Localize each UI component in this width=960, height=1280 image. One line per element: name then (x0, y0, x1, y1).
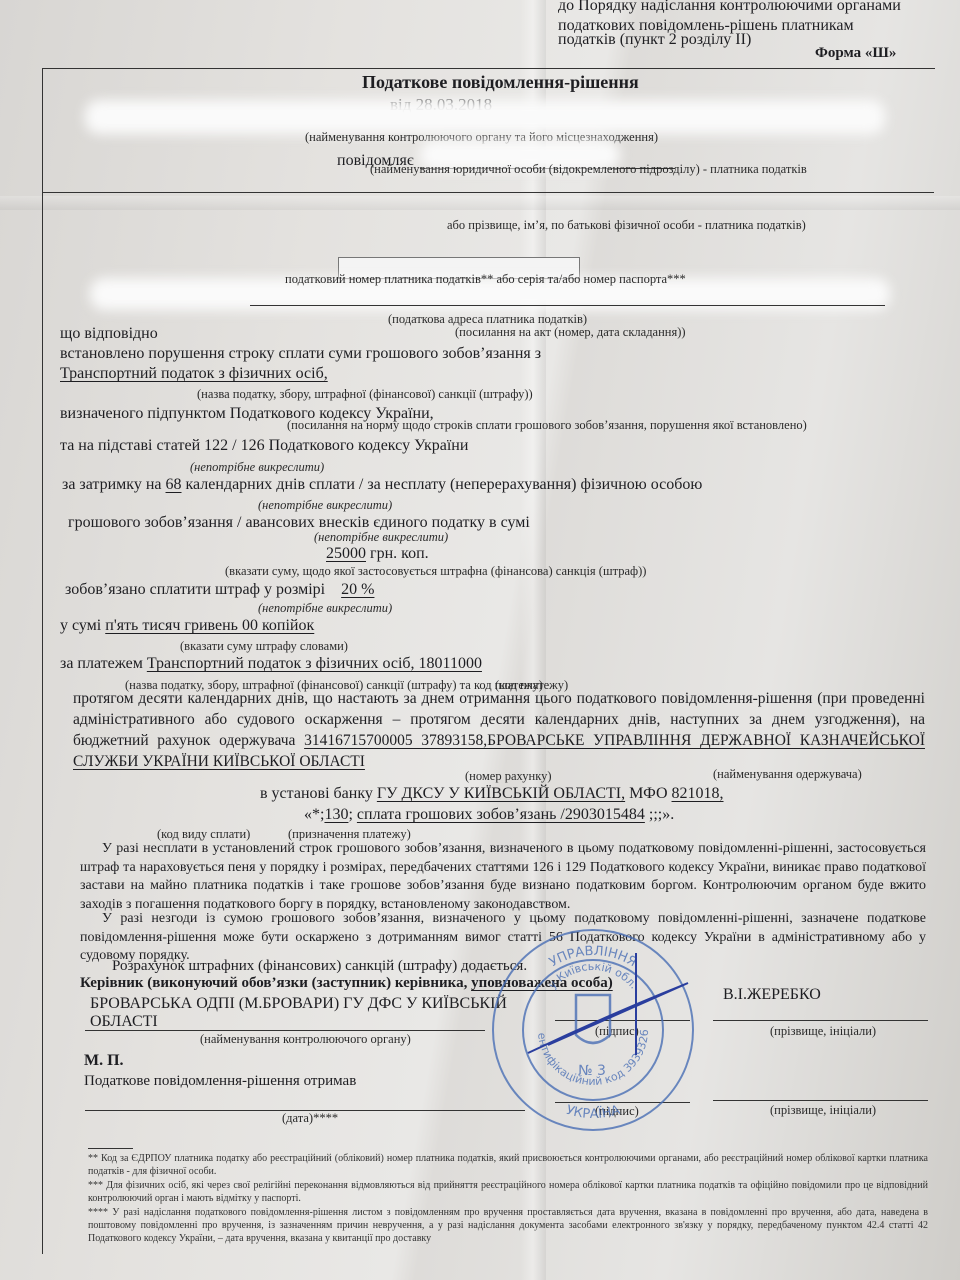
purpose-close: ;;;». (649, 806, 674, 823)
caption-sum-words: (вказати суму штрафу словами) (180, 639, 348, 654)
caption-act-ref: (посилання на акт (номер, дата складання… (455, 325, 686, 340)
amount-line: 25000 грн. коп. (326, 545, 429, 563)
payment-name: Транспортний податок з фізичних осіб, 18… (147, 655, 482, 672)
footnote-2: *** Для фізичних осіб, які через свої ре… (88, 1179, 928, 1205)
header-note-line-1: до Порядку надіслання контролюючими орга… (558, 0, 901, 16)
caption-tax-number: податковий номер платника податків** або… (285, 272, 686, 287)
signer-name: В.І.ЖЕРЕБКО (723, 986, 821, 1004)
delay-line: за затримку на 68 календарних днів сплат… (62, 476, 702, 494)
surname-line-2 (713, 1100, 928, 1101)
caption-individual: або прізвище, ім’я, по батькові фізичної… (447, 218, 806, 233)
footnote-rule (88, 1148, 133, 1149)
mfo-label: МФО (629, 785, 667, 802)
caption-surname-2: (прізвище, ініціали) (770, 1103, 876, 1118)
deadline-paragraph: протягом десяти календарних днів, що нас… (73, 688, 925, 772)
articles-line: та на підставі статей 122 / 126 Податков… (60, 437, 468, 455)
head-label-text: Керівник (виконуючий обов’язки (заступни… (80, 975, 467, 991)
control-body-name-2: ОБЛАСТІ (90, 1013, 158, 1031)
caption-account: (номер рахунку) (465, 769, 552, 784)
top-rule (42, 68, 934, 69)
calc-attached: Розрахунок штрафних (фінансових) санкцій… (112, 958, 527, 975)
caption-legal-entity: (найменування юридичної особи (відокремл… (370, 162, 807, 177)
according-label: що відповідно (60, 325, 158, 343)
sum-words-prefix: у сумі (60, 617, 101, 634)
bank-prefix: в установі банку (260, 785, 373, 802)
control-body-name-1: БРОВАРСЬКА ОДПІ (М.БРОВАРИ) ГУ ДФС У КИЇ… (90, 995, 507, 1013)
amount-unit: грн. коп. (370, 545, 429, 562)
delay-prefix: за затримку на (62, 476, 162, 493)
purpose-text: сплата грошових зобов’язань /2903015484 (357, 806, 645, 823)
paragraph-nonpayment: У разі несплати в установлений строк гро… (80, 840, 926, 914)
caption-strike-2: (непотрібне викреслити) (258, 498, 392, 513)
caption-strike-1: (непотрібне викреслити) (190, 460, 324, 475)
caption-strike-3: (непотрібне викреслити) (314, 530, 448, 545)
delay-days: 68 (166, 476, 182, 493)
stamp-bottom-text: УКРАЇНА (564, 1103, 622, 1122)
purpose-code: 130 (324, 806, 348, 823)
footnote-1: ** Код за ЄДРПОУ платника податку або ре… (88, 1152, 928, 1178)
payment-prefix: за платежем (60, 655, 143, 672)
obligation-line: грошового зобов’язання / авансових внеск… (68, 514, 530, 532)
document-title: Податкове повідомлення-рішення (362, 72, 639, 93)
payment-line: за платежем Транспортний податок з фізич… (60, 655, 482, 673)
entity-rule (42, 192, 934, 193)
caption-surname-1: (прізвище, ініціали) (770, 1024, 876, 1039)
purpose-open: «*; (304, 806, 324, 823)
caption-norm-ref: (посилання на норму щодо строків сплати … (287, 418, 807, 433)
form-label: Форма «Ш» (815, 45, 896, 62)
footnote-3: **** У разі надіслання податкового повід… (88, 1206, 928, 1245)
penalty-line: зобов’язано сплатити штраф у розмірі 20 … (65, 581, 374, 599)
bank-name: ГУ ДКСУ У КИЇВСЬКІЙ ОБЛАСТІ, (377, 785, 625, 802)
purpose-sep: ; (348, 806, 352, 823)
official-stamp: УПРАВЛІННЯ ідентифікаційний код 39393260… (488, 925, 698, 1135)
caption-amount: (вказати суму, щодо якої застосовується … (225, 564, 646, 579)
control-body-underline (85, 1030, 485, 1031)
received-label: Податкове повідомлення-рішення отримав (84, 1073, 356, 1090)
address-underline (250, 305, 885, 306)
header-note-line-3: податків (пункт 2 розділу II) (558, 30, 751, 50)
redacted-control-body (85, 100, 885, 134)
violation-line: встановлено порушення строку сплати суми… (60, 345, 541, 363)
sum-words: п'ять тисяч гривень 00 копійок (105, 617, 314, 634)
penalty-rate: 20 % (341, 581, 374, 598)
tax-name: Транспортний податок з фізичних осіб, (60, 365, 328, 383)
bank-line: в установі банку ГУ ДКСУ У КИЇВСЬКІЙ ОБЛ… (260, 785, 724, 803)
caption-strike-4: (непотрібне викреслити) (258, 601, 392, 616)
caption-recipient: (найменування одержувача) (713, 767, 862, 782)
mfo-value: 821018, (672, 785, 724, 802)
stamp-number: № 3 (578, 1063, 606, 1079)
seal-place: М. П. (84, 1052, 124, 1070)
caption-date: (дата)**** (282, 1111, 338, 1126)
delay-suffix: календарних днів сплати / за несплату (н… (186, 476, 703, 493)
caption-control-body-name: (найменування контролюючого органу) (200, 1032, 411, 1047)
caption-tax-name: (назва податку, збору, штрафної (фінансо… (197, 387, 533, 402)
purpose-line: «*;130; сплата грошових зобов’язань /290… (304, 806, 674, 824)
sum-words-line: у сумі п'ять тисяч гривень 00 копійок (60, 617, 314, 635)
surname-line-1 (713, 1020, 928, 1021)
amount-value: 25000 (326, 545, 366, 562)
penalty-prefix: зобов’язано сплатити штраф у розмірі (65, 581, 325, 598)
